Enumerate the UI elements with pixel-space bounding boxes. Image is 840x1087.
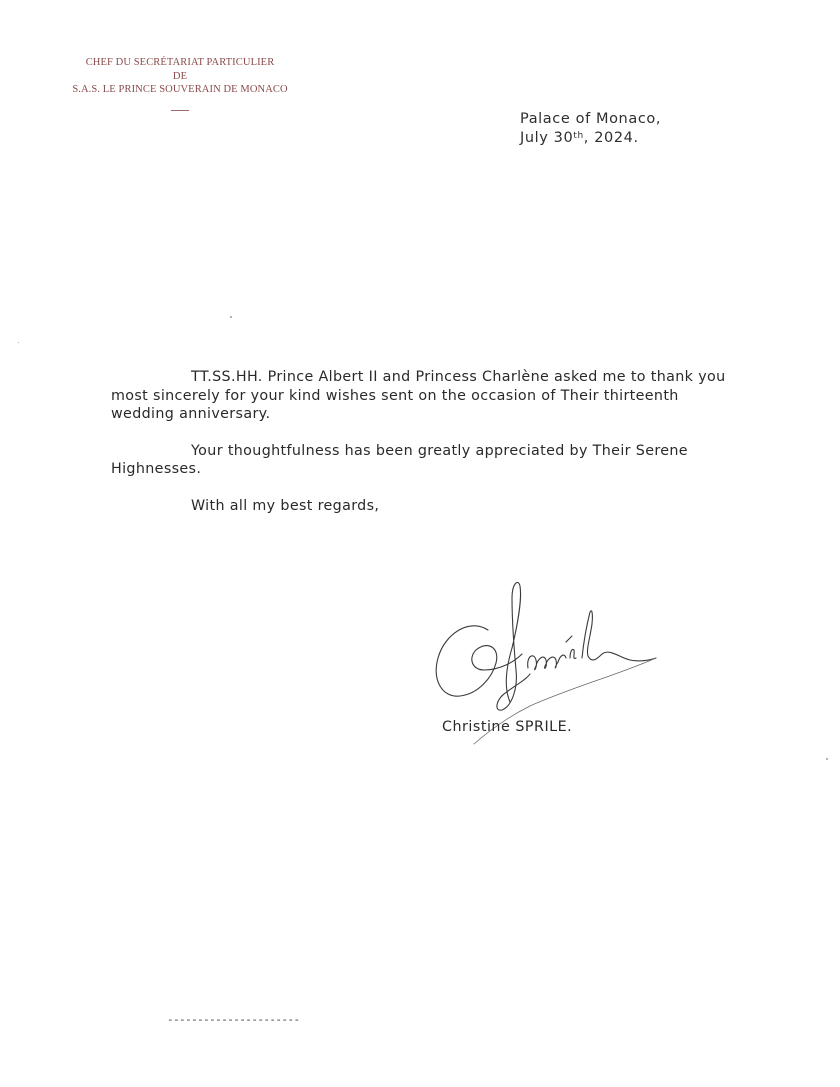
letterhead-de: DE xyxy=(50,70,310,84)
place-date: Palace of Monaco, July 30th, 2024. xyxy=(520,110,661,148)
footer-dashed-line: ---------------------- xyxy=(167,1013,300,1026)
paragraph-thanks: TT.SS.HH. Prince Albert II and Princess … xyxy=(111,368,731,424)
letter-body: TT.SS.HH. Prince Albert II and Princess … xyxy=(111,368,731,533)
letterhead: CHEF DU SECRÉTARIAT PARTICULIER DE S.A.S… xyxy=(50,56,310,111)
letterhead-title: CHEF DU SECRÉTARIAT PARTICULIER xyxy=(50,56,310,70)
date: July 30th, 2024. xyxy=(520,129,661,148)
place: Palace of Monaco, xyxy=(520,110,661,129)
date-rest: , 2024. xyxy=(584,130,639,146)
signatory-last-name: SPRILE. xyxy=(515,719,572,735)
signatory-first-name: Christine xyxy=(442,719,515,735)
letterhead-divider xyxy=(171,110,189,111)
scan-speck xyxy=(18,342,19,343)
date-ordinal: th xyxy=(573,131,583,141)
paragraph-closing: With all my best regards, xyxy=(111,497,731,516)
scan-speck xyxy=(230,316,232,318)
paragraph-appreciation: Your thoughtfulness has been greatly app… xyxy=(111,442,731,479)
scan-speck xyxy=(826,758,828,760)
date-prefix: July 30 xyxy=(520,130,573,146)
signatory-name: Christine SPRILE. xyxy=(442,719,572,735)
letterhead-subtitle: S.A.S. LE PRINCE SOUVERAIN DE MONACO xyxy=(50,83,310,97)
